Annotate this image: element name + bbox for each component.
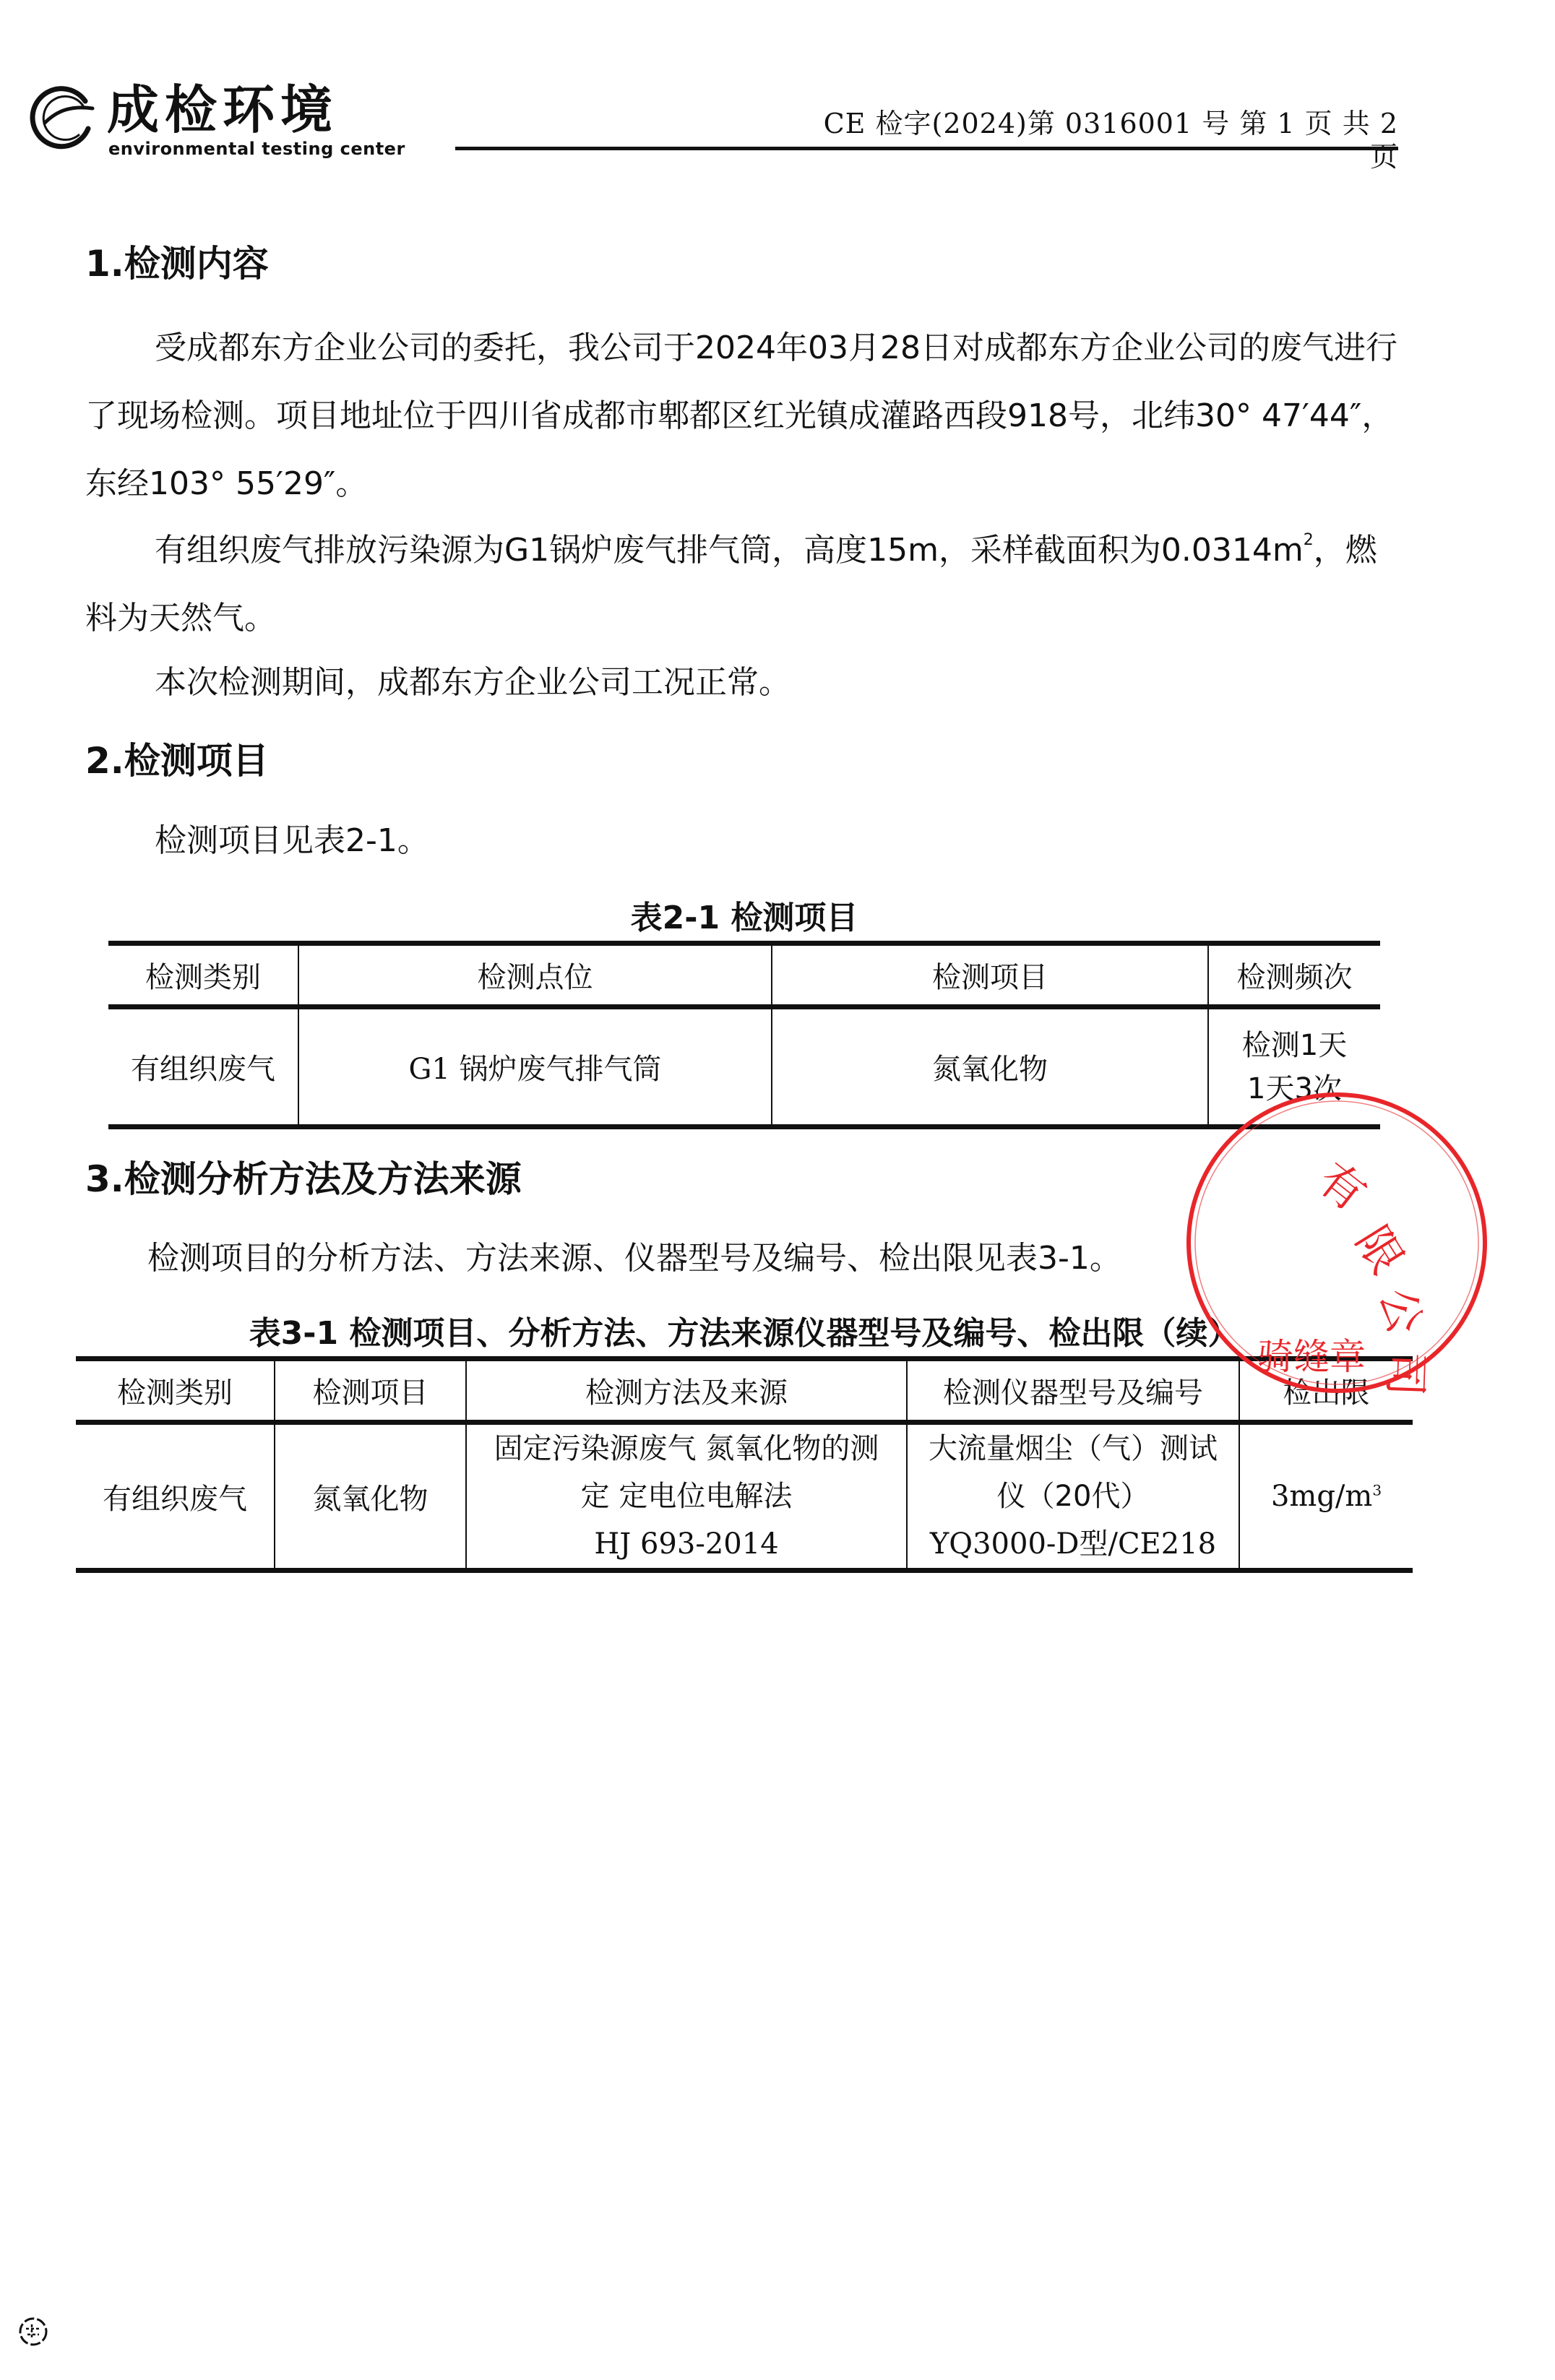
company-logo-text: 成检环境	[107, 81, 338, 139]
column-header: 检测点位	[298, 944, 772, 1007]
column-header: 检测频次	[1208, 944, 1380, 1007]
table-row: 有组织废气 氮氧化物 固定污染源废气 氮氧化物的测 定 定电位电解法 HJ 69…	[76, 1423, 1413, 1571]
stamp-char: 有	[1309, 1152, 1377, 1221]
column-header: 检测项目	[772, 944, 1208, 1007]
header-divider	[455, 147, 1398, 150]
column-header: 检测方法及来源	[466, 1359, 907, 1423]
cell-frequency: 检测1天 1天3次	[1208, 1007, 1380, 1127]
table-3-1: 检测类别 检测项目 检测方法及来源 检测仪器型号及编号 检出限 有组织废气 氮氧…	[76, 1356, 1413, 1573]
table-row: 有组织废气 G1 锅炉废气排气筒 氮氧化物 检测1天 1天3次	[108, 1007, 1380, 1127]
cell-point: G1 锅炉废气排气筒	[298, 1007, 772, 1127]
cell-instrument: 大流量烟尘（气）测试 仪（20代） YQ3000-D型/CE218	[907, 1423, 1239, 1571]
detection-limit-value: 3mg/m	[1271, 1480, 1372, 1513]
cell-item: 氮氧化物	[275, 1423, 466, 1571]
table-2-1-caption: 表2-1 检测项目	[108, 900, 1380, 937]
page-corner-mark-icon	[17, 2316, 49, 2347]
company-logo-subtitle: environmental testing center	[108, 139, 405, 159]
section-2-paragraph: 检测项目见表2-1。	[85, 807, 1400, 875]
frequency-line-1: 检测1天	[1209, 1024, 1380, 1067]
column-header: 检测类别	[76, 1359, 275, 1423]
column-header: 检测项目	[275, 1359, 466, 1423]
column-header: 检出限	[1239, 1359, 1413, 1423]
section-1-title: 1.检测内容	[85, 242, 269, 285]
column-header: 检测仪器型号及编号	[907, 1359, 1239, 1423]
cell-detection-limit: 3mg/m3	[1239, 1423, 1413, 1571]
superscript: 2	[1304, 531, 1314, 549]
section-1-paragraph-1: 受成都东方企业公司的委托，我公司于2024年03月28日对成都东方企业公司的废气…	[85, 314, 1400, 518]
superscript: 3	[1372, 1482, 1382, 1499]
table-3-1-caption: 表3-1 检测项目、分析方法、方法来源仪器型号及编号、检出限（续）	[76, 1315, 1413, 1353]
paragraph-text: 有组织废气排放污染源为G1锅炉废气排气筒，高度15m，采样截面积为0.0314m	[155, 532, 1304, 569]
section-1-paragraph-3: 本次检测期间，成都东方企业公司工况正常。	[85, 649, 1400, 717]
section-3-paragraph: 检测项目的分析方法、方法来源、仪器型号及编号、检出限见表3-1。	[85, 1225, 1400, 1293]
section-1-paragraph-2: 有组织废气排放污染源为G1锅炉废气排气筒，高度15m，采样截面积为0.0314m…	[85, 517, 1400, 652]
column-header: 检测类别	[108, 944, 298, 1007]
table-header-row: 检测类别 检测项目 检测方法及来源 检测仪器型号及编号 检出限	[76, 1359, 1413, 1423]
method-line-1: 固定污染源废气 氮氧化物的测	[467, 1425, 906, 1473]
table-header-row: 检测类别 检测点位 检测项目 检测频次	[108, 944, 1380, 1007]
section-3-title: 3.检测分析方法及方法来源	[85, 1157, 522, 1201]
document-number: CE 检字(2024)第 0316001 号 第 1 页 共 2 页	[817, 107, 1398, 173]
frequency-line-2: 1天3次	[1209, 1067, 1380, 1111]
instrument-line-2: 仪（20代）	[908, 1473, 1239, 1520]
method-line-2: 定 定电位电解法	[467, 1473, 906, 1520]
method-line-3: HJ 693-2014	[467, 1520, 906, 1568]
cell-item: 氮氧化物	[772, 1007, 1208, 1127]
instrument-line-1: 大流量烟尘（气）测试	[908, 1425, 1239, 1473]
cell-method: 固定污染源废气 氮氧化物的测 定 定电位电解法 HJ 693-2014	[466, 1423, 907, 1571]
cell-category: 有组织废气	[108, 1007, 298, 1127]
section-2-title: 2.检测项目	[85, 739, 269, 782]
cell-category: 有组织废气	[76, 1423, 275, 1571]
company-logo-icon	[29, 81, 101, 153]
table-2-1: 检测类别 检测点位 检测项目 检测频次 有组织废气 G1 锅炉废气排气筒 氮氧化…	[108, 941, 1380, 1129]
instrument-line-3: YQ3000-D型/CE218	[908, 1520, 1239, 1568]
